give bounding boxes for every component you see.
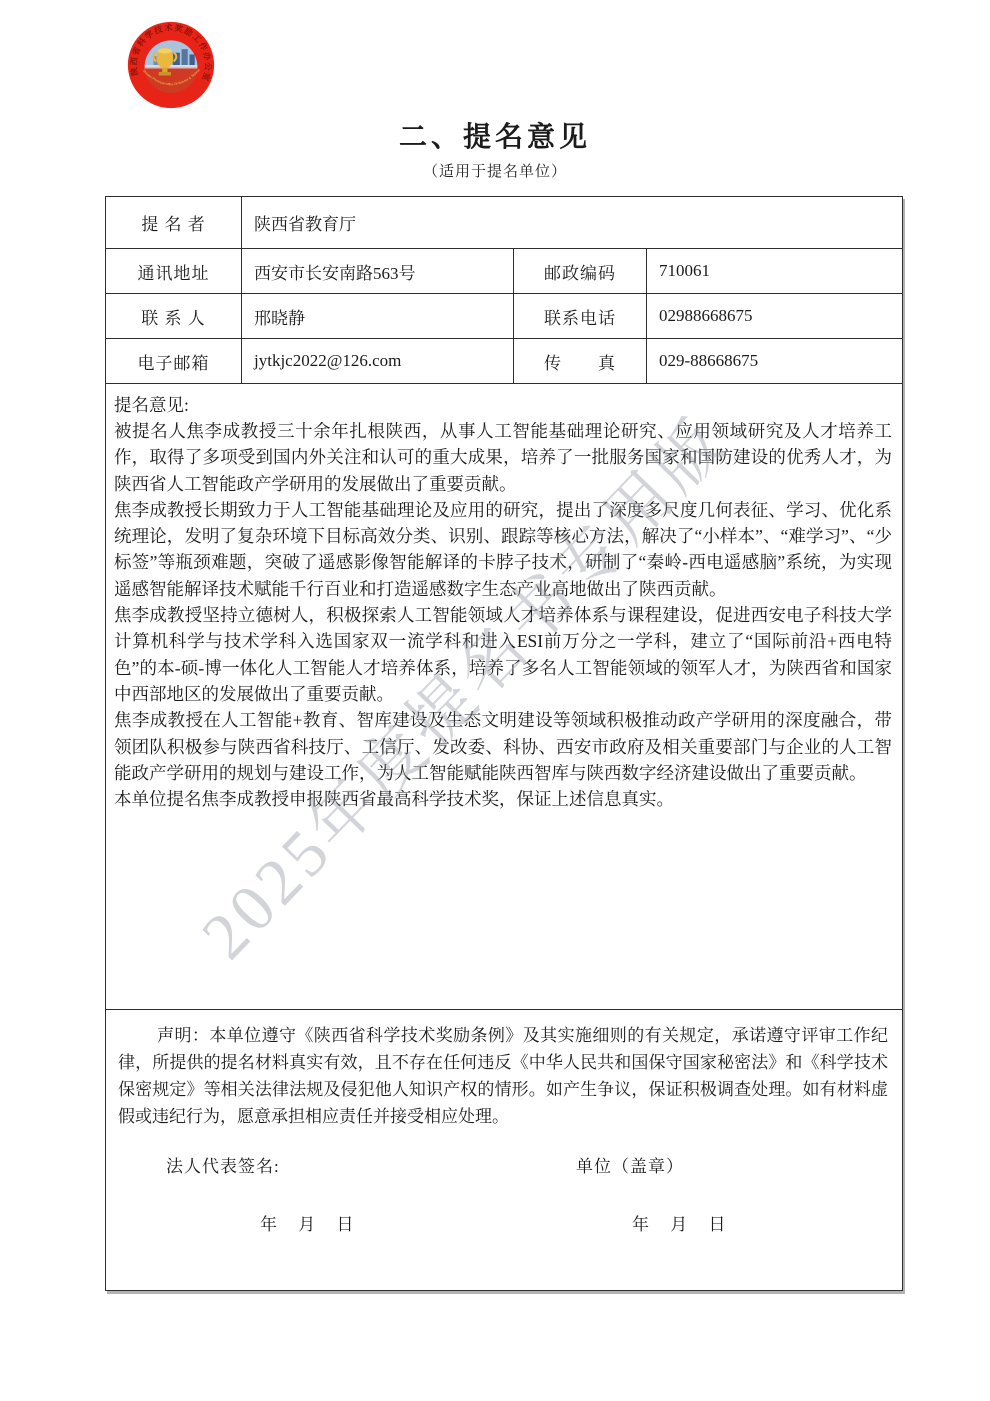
title-block: 二、提名意见 （适用于提名单位） bbox=[0, 121, 990, 181]
declaration-text: 声明：本单位遵守《陕西省科学技术奖励条例》及其实施细则的有关规定，承诺遵守评审工… bbox=[114, 1022, 892, 1130]
nomination-form-table: 提 名 者 陕西省教育厅 通讯地址 西安市长安南路563号 邮政编码 71006… bbox=[105, 196, 903, 1291]
opinion-paragraph: 被提名人焦李成教授三十余年扎根陕西，从事人工智能基础理论研究、应用领域研究及人才… bbox=[114, 418, 892, 497]
phone-label: 联系电话 bbox=[514, 294, 647, 339]
row-email: 电子邮箱 jytkjc2022@126.com 传 真 029-88668675 bbox=[106, 339, 903, 384]
page-subtitle: （适用于提名单位） bbox=[0, 160, 990, 181]
email-value: jytkjc2022@126.com bbox=[242, 339, 514, 384]
address-value: 西安市长安南路563号 bbox=[242, 249, 514, 294]
address-label: 通讯地址 bbox=[106, 249, 242, 294]
date-row: 年 月 日 年 月 日 bbox=[114, 1210, 892, 1240]
opinion-paragraph: 焦李成教授在人工智能+教育、智库建设及生态文明建设等领域积极推动政产学研用的深度… bbox=[114, 707, 892, 786]
row-opinion: 提名意见: 被提名人焦李成教授三十余年扎根陕西，从事人工智能基础理论研究、应用领… bbox=[106, 384, 903, 1010]
opinion-paragraph: 焦李成教授长期致力于人工智能基础理论及应用的研究，提出了深度多尺度几何表征、学习… bbox=[114, 497, 892, 602]
fax-label: 传 真 bbox=[514, 339, 647, 384]
org-seal-logo: 陕西省科学技术奖励工作办公室 Shaanxi Provincial Office… bbox=[127, 21, 215, 109]
page-title: 二、提名意见 bbox=[0, 121, 990, 155]
row-contact: 联 系 人 邢晓静 联系电话 02988668675 bbox=[106, 294, 903, 339]
postcode-value: 710061 bbox=[647, 249, 903, 294]
unit-seal-label: 单位（盖章） bbox=[576, 1152, 684, 1177]
postcode-label: 邮政编码 bbox=[514, 249, 647, 294]
email-label: 电子邮箱 bbox=[106, 339, 242, 384]
legal-rep-signature-label: 法人代表签名: bbox=[166, 1152, 280, 1177]
contact-value: 邢晓静 bbox=[242, 294, 514, 339]
nominator-value: 陕西省教育厅 bbox=[242, 197, 903, 249]
nominator-label: 提 名 者 bbox=[106, 197, 242, 249]
opinion-paragraph: 本单位提名焦李成教授申报陕西省最高科学技术奖，保证上述信息真实。 bbox=[114, 786, 892, 812]
opinion-cell: 提名意见: 被提名人焦李成教授三十余年扎根陕西，从事人工智能基础理论研究、应用领… bbox=[106, 384, 903, 1010]
signature-row: 法人代表签名: 单位（盖章） bbox=[114, 1152, 892, 1186]
seal-icon: 陕西省科学技术奖励工作办公室 Shaanxi Provincial Office… bbox=[127, 21, 215, 109]
row-declaration: 声明：本单位遵守《陕西省科学技术奖励条例》及其实施细则的有关规定，承诺遵守评审工… bbox=[106, 1010, 903, 1291]
date-label-right: 年 月 日 bbox=[632, 1210, 726, 1235]
fax-value: 029-88668675 bbox=[647, 339, 903, 384]
row-nominator: 提 名 者 陕西省教育厅 bbox=[106, 197, 903, 249]
phone-value: 02988668675 bbox=[647, 294, 903, 339]
contact-label: 联 系 人 bbox=[106, 294, 242, 339]
row-address: 通讯地址 西安市长安南路563号 邮政编码 710061 bbox=[106, 249, 903, 294]
opinion-label: 提名意见: bbox=[114, 392, 892, 418]
opinion-text: 被提名人焦李成教授三十余年扎根陕西，从事人工智能基础理论研究、应用领域研究及人才… bbox=[114, 418, 892, 812]
declaration-cell: 声明：本单位遵守《陕西省科学技术奖励条例》及其实施细则的有关规定，承诺遵守评审工… bbox=[106, 1010, 903, 1291]
document-page: 陕西省科学技术奖励工作办公室 Shaanxi Provincial Office… bbox=[0, 0, 990, 1401]
date-label-left: 年 月 日 bbox=[260, 1210, 354, 1235]
opinion-paragraph: 焦李成教授坚持立德树人，积极探索人工智能领域人才培养体系与课程建设，促进西安电子… bbox=[114, 602, 892, 707]
